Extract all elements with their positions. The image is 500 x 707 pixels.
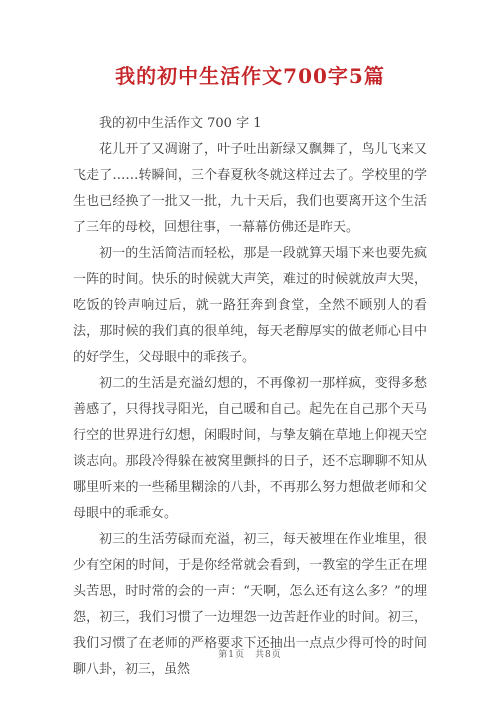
document-page: 我的初中生活作文700字5篇 我的初中生活作文 700 字 1 花儿开了又凋谢了… <box>0 0 500 707</box>
page-total-label: 共8页 <box>255 650 282 660</box>
paragraph-1: 花儿开了又凋谢了，叶子吐出新绿又飘舞了，鸟儿飞来又飞走了……转瞬间，三个春夏秋冬… <box>73 137 427 241</box>
document-body: 我的初中生活作文 700 字 1 花儿开了又凋谢了，叶子吐出新绿又飘舞了，鸟儿飞… <box>73 111 427 683</box>
document-title: 我的初中生活作文700字5篇 <box>40 62 460 90</box>
page-number-label: 第1页 <box>218 650 245 660</box>
paragraph-2: 初一的生活简洁而轻松，那是一段就算天塌下来也要先疯一阵的时间。快乐的时候就大声笑… <box>73 241 427 371</box>
section-heading: 我的初中生活作文 700 字 1 <box>73 111 427 137</box>
page-footer: 第1页共8页 <box>0 648 500 662</box>
paragraph-3: 初二的生活是充溢幻想的，不再像初一那样疯，变得多愁善感了，只得找寻阳光，自己暖和… <box>73 371 427 527</box>
